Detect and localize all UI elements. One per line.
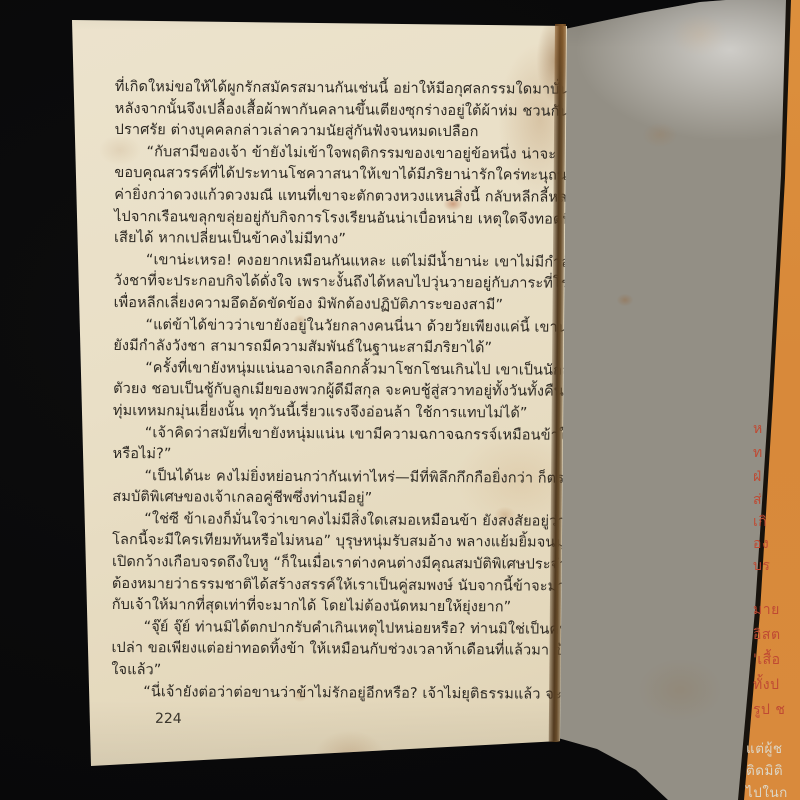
cover-text-fragment: เกิ	[753, 511, 767, 533]
text-line: สมบัติพิเศษของเจ้าเกลอคู่ชีพซึ่งท่านมีอย…	[112, 487, 562, 511]
cover-text-fragment: ฝ่	[753, 466, 762, 488]
text-line: “กับสามีของเจ้า ข้ายังไม่เข้าใจพฤติกรรมข…	[114, 142, 564, 166]
text-line: “เจ้าคิดว่าสมัยที่เขายังหนุ่มแน่น เขามีค…	[113, 422, 563, 446]
cover-text-fragment: ท	[753, 442, 763, 464]
text-line: หรือไม่?”	[113, 444, 563, 468]
text-line: กับเจ้าให้มากที่สุดเท่าที่จะมากได้ โดยไม…	[112, 595, 562, 619]
text-line: “จุ๊ย์ จุ๊ย์ ท่านมิได้ตกปากรับคำเกินเหตุ…	[112, 617, 562, 641]
text-line: โลกนี้จะมีใครเทียมทันหรือไม่หนอ” บุรุษหน…	[112, 530, 562, 554]
cover-text-fragment: รูป ช	[753, 699, 785, 721]
cover-text-fragment: ห	[753, 418, 763, 440]
text-line: ต้องหมายว่าธรรมชาติได้สร้างสรรค์ให้เราเป…	[112, 574, 562, 598]
page-text: ที่เกิดใหม่ขอให้ได้ผูกรักสมัครสมานกันเช่…	[111, 77, 565, 706]
text-line: ที่เกิดใหม่ขอให้ได้ผูกรักสมัครสมานกันเช่…	[115, 77, 565, 101]
text-line: ทุ่มเทหมกมุ่นเยี่ยงนั้น ทุกวันนี้เรี่ยวแ…	[113, 401, 563, 425]
text-line: ขอบคุณสวรรค์ที่ได้ประทานโชควาสนาให้เขาได…	[114, 163, 564, 187]
cover-text-fragment: ติดมิติ	[746, 759, 783, 781]
text-line: ใจแล้ว”	[111, 660, 561, 684]
text-line: เปิดกว้างเกือบจรดถึงใบหู “ก็ในเมื่อเราต่…	[112, 552, 562, 576]
text-line: เสียได้ หากเปลี่ยนเป็นข้าคงไม่มีทาง”	[114, 228, 564, 252]
text-line: เปล่า ขอเพียงแต่อย่าทอดทิ้งข้า ให้เหมือน…	[111, 638, 561, 662]
cover-text-fragment: มาย	[753, 599, 780, 621]
text-line: “ใช่ซี ข้าเองก็มั่นใจว่าเขาคงไม่มีสิ่งใด…	[112, 509, 562, 533]
text-line: เพื่อหลีกเลี่ยงความอึดอัดขัดข้อง มิพักต้…	[114, 293, 564, 317]
text-line: “เขาน่ะเหรอ! คงอยากเหมือนกันแหละ แต่ไม่ม…	[114, 250, 564, 274]
cover-text-fragment: ทั้งป	[753, 674, 779, 696]
text-line: วังชาที่จะประกอบกิจได้ดั่งใจ เพราะงั้นถึ…	[114, 271, 564, 295]
text-line: “เป็นได้นะ คงไม่ยิ่งหย่อนกว่ากันเท่าไหร่…	[112, 466, 562, 490]
cover-text-fragment: อง	[753, 533, 769, 555]
text-line: ค่ายิ่งกว่าดวงแก้วดวงมณี แทนที่เขาจะตักต…	[114, 185, 564, 209]
cover-text-fragment: ส่	[753, 489, 762, 511]
text-line: ปราศรัย ต่างบุคคลกล่าวเล่าความนัยสู่กันฟ…	[115, 120, 565, 144]
cover-text-fragment: ไปในก	[746, 781, 788, 800]
text-line: “แต่ข้าได้ข่าวว่าเขายังอยู่ในวัยกลางคนนี…	[113, 315, 563, 339]
page-number: 224	[155, 711, 182, 727]
text-line: “ครั้งที่เขายังหนุ่มแน่นอาจเกลือกกลั้วมา…	[113, 358, 563, 382]
cover-text-fragment: 'เสื้อ	[753, 649, 781, 671]
text-line: “นี่เจ้ายังต่อว่าต่อขานว่าข้าไม่รักอยู่อ…	[111, 682, 561, 706]
text-line: ไปจากเรือนขลุกขลุ่ยอยู่กับกิจการโรงเรียน…	[114, 207, 564, 231]
book-photo: ห ท ฝ่ ส่ เกิ อง บร มาย อิสต 'เสื้อ ทั้ง…	[0, 0, 800, 800]
cover-text-fragment: อิสต	[753, 624, 781, 646]
text-line: ตัวยง ชอบเป็นชู้กับลูกเมียของพวกผู้ดีมีส…	[113, 379, 563, 403]
cover-text-fragment: บร	[753, 555, 770, 577]
cover-text-fragment: แต่ผู้ช	[746, 737, 783, 759]
text-line: ยังมีกำลังวังชา สามารถมีความสัมพันธ์ในฐา…	[113, 336, 563, 360]
text-line: หลังจากนั้นจึงเปลื้องเสื้อผ้าพากันคลานขึ…	[115, 99, 565, 123]
